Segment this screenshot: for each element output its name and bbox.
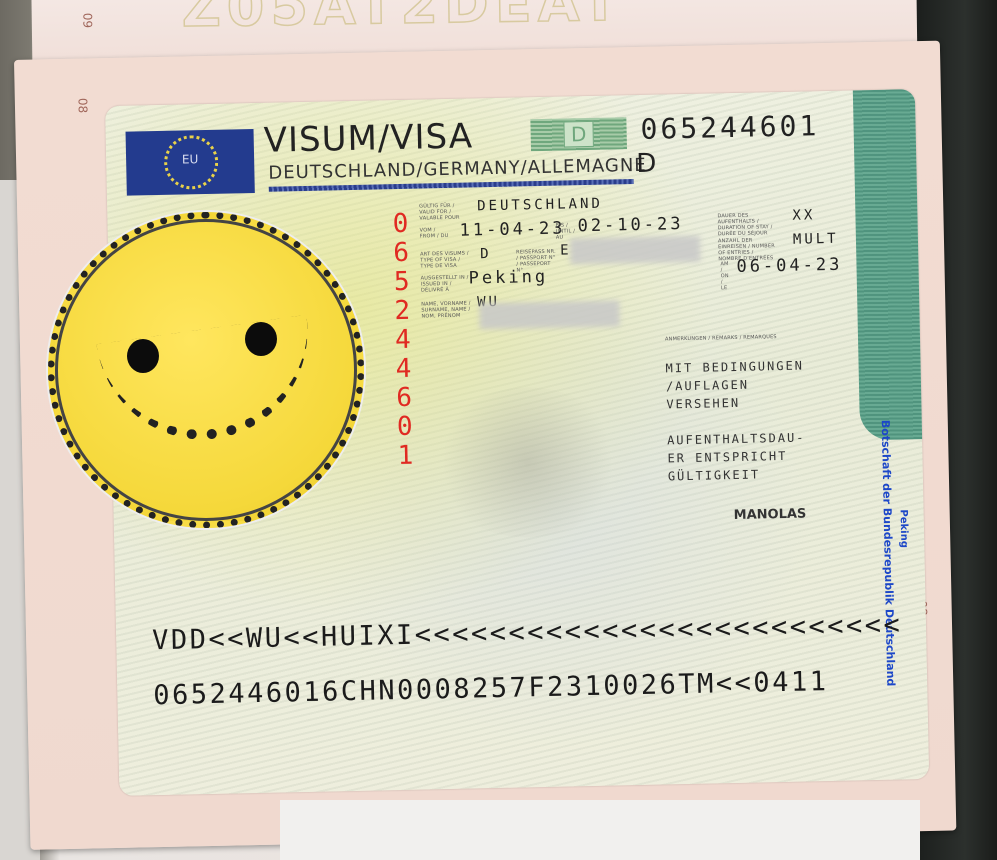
d-emblem-icon: D xyxy=(530,117,627,151)
digit: 1 xyxy=(392,442,419,472)
issue-date-label: AM / ON / LE xyxy=(720,261,731,291)
type-value: D xyxy=(480,246,492,262)
smiley-face-sticker xyxy=(48,212,364,528)
digit: 6 xyxy=(391,384,418,414)
type-label: ART DES VISUMS / TYPE OF VISA / TYPE DE … xyxy=(420,250,470,269)
security-hologram xyxy=(853,89,922,440)
embassy-stamp-city: Peking xyxy=(898,509,910,548)
valid-for-value: DEUTSCHLAND xyxy=(477,196,603,215)
duration-value: XX xyxy=(792,207,815,223)
eu-flag-icon: EU xyxy=(126,129,255,196)
issue-date-value: 06-04-23 xyxy=(736,255,842,277)
ghost-image xyxy=(431,385,624,539)
remarks-label: ANMERKUNGEN / REMARKS / REMARQUES xyxy=(665,334,785,343)
redacted-passport-number xyxy=(570,236,701,265)
signature-name: MANOLAS xyxy=(734,507,807,524)
duration-label: DAUER DES AUFENTHALTS / DURATION OF STAY… xyxy=(717,212,777,237)
from-value: 11-04-23 xyxy=(459,218,565,240)
mrz-line-1: VDD<<WU<<HUIXI<<<<<<<<<<<<<<<<<<<<<<<<<< xyxy=(152,610,903,657)
digit: 6 xyxy=(388,239,415,269)
valid-for-label: GÜLTIG FÜR / VALID FOR / VALABLE POUR xyxy=(419,203,469,222)
smiley-mouth-icon xyxy=(96,315,321,453)
digit: 4 xyxy=(390,326,417,356)
digit: 0 xyxy=(391,413,418,443)
digit: 2 xyxy=(389,297,416,327)
embassy-stamp: Botschaft der Bundesrepublik Deutschland xyxy=(879,420,898,687)
mrz-line-2: 0652446016CHN0008257F2310026TM<<0411 xyxy=(153,666,829,711)
country-code: D xyxy=(636,149,657,179)
ghost-text: Z05AT2DEAT xyxy=(181,0,624,39)
digit: 0 xyxy=(387,210,414,240)
visa-number: 065244601 xyxy=(640,109,819,146)
entries-value: MULT xyxy=(793,231,839,248)
stamp-line2: Bundesrepublik Deutschland xyxy=(881,508,898,687)
stamp-line1: Botschaft der xyxy=(879,420,894,504)
underlying-document xyxy=(280,800,920,860)
eu-label: EU xyxy=(126,151,254,168)
emblem-letter: D xyxy=(564,121,594,148)
from-label: VOM / FROM / DU xyxy=(420,227,450,240)
name-label: NAME, VORNAME / SURNAME, NAME / NOM, PRÉ… xyxy=(421,300,471,319)
issued-in-label: AUSGESTELLT IN / ISSUED IN / DÉLIVRÉ À xyxy=(421,274,471,293)
issued-in-value: Peking xyxy=(468,267,548,289)
page-number: 09 xyxy=(80,13,94,28)
digit: 4 xyxy=(390,355,417,385)
redacted-name xyxy=(479,300,620,329)
digit: 5 xyxy=(388,268,415,298)
vertical-visa-number: 0 6 5 2 4 4 6 0 1 xyxy=(387,210,418,471)
page-number: 08 xyxy=(75,98,89,114)
remarks-text: MIT BEDINGUNGEN /AUFLAGEN VERSEHEN AUFEN… xyxy=(665,357,806,486)
until-value: 02-10-23 xyxy=(577,214,683,236)
visa-title: VISUM/VISA xyxy=(263,116,473,160)
